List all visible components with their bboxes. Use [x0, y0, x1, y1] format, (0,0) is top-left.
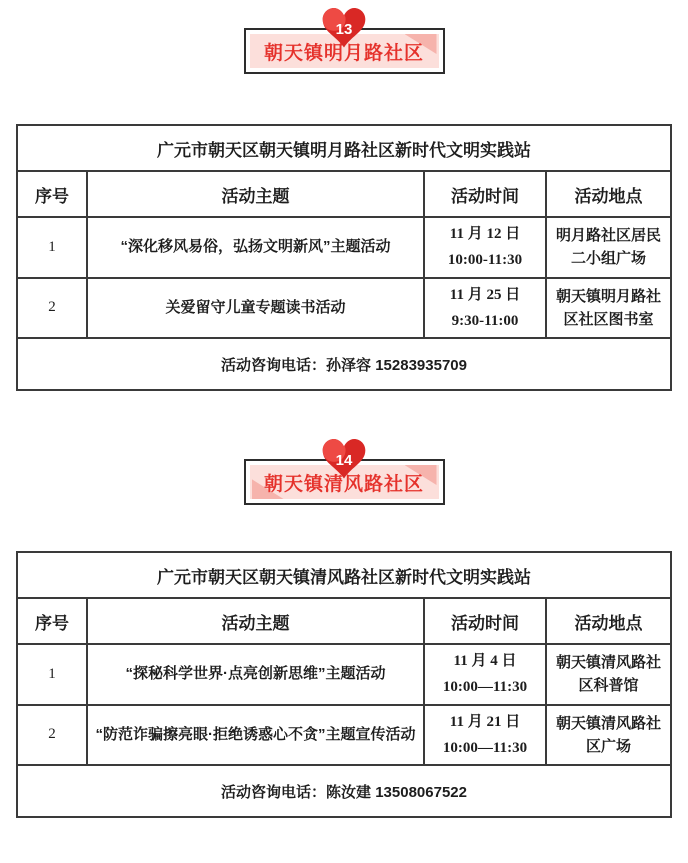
- header-location: 活动地点: [546, 171, 671, 217]
- row-time: 11 月 12 日 10:00-11:30: [424, 217, 546, 278]
- row-hours: 10:00—11:30: [429, 735, 541, 761]
- contact-phone: 活动咨询电话：陈汝建 13508067522: [17, 765, 671, 817]
- row-date: 11 月 12 日: [429, 221, 541, 247]
- table-title: 广元市朝天区朝天镇明月路社区新时代文明实践站: [17, 125, 671, 171]
- header-theme: 活动主题: [87, 171, 424, 217]
- schedule-table-qingfeng: 广元市朝天区朝天镇清风路社区新时代文明实践站 序号 活动主题 活动时间 活动地点…: [16, 551, 672, 818]
- row-theme: “防范诈骗擦亮眼·拒绝诱惑心不贪”主题宣传活动: [87, 705, 424, 766]
- community-badge-13: 13 朝天镇明月路社区: [244, 28, 445, 74]
- row-date: 11 月 21 日: [429, 709, 541, 735]
- row-theme: “探秘科学世界·点亮创新思维”主题活动: [87, 644, 424, 705]
- header-no: 序号: [17, 598, 87, 644]
- row-hours: 10:00—11:30: [429, 674, 541, 700]
- badge-number: 14: [322, 439, 366, 479]
- row-date: 11 月 25 日: [429, 282, 541, 308]
- contact-phone: 活动咨询电话：孙泽容 15283935709: [17, 338, 671, 390]
- row-time: 11 月 4 日 10:00—11:30: [424, 644, 546, 705]
- schedule-table-mingyue: 广元市朝天区朝天镇明月路社区新时代文明实践站 序号 活动主题 活动时间 活动地点…: [16, 124, 672, 391]
- table-footer-row: 活动咨询电话：陈汝建 13508067522: [17, 765, 671, 817]
- table-row: 1 “深化移风易俗，弘扬文明新风”主题活动 11 月 12 日 10:00-11…: [17, 217, 671, 278]
- table-row: 2 关爱留守儿童专题读书活动 11 月 25 日 9:30-11:00 朝天镇明…: [17, 278, 671, 339]
- table-footer-row: 活动咨询电话：孙泽容 15283935709: [17, 338, 671, 390]
- row-date: 11 月 4 日: [429, 648, 541, 674]
- row-hours: 9:30-11:00: [429, 308, 541, 334]
- header-time: 活动时间: [424, 598, 546, 644]
- header-time: 活动时间: [424, 171, 546, 217]
- table-header-row: 序号 活动主题 活动时间 活动地点: [17, 598, 671, 644]
- table-title-row: 广元市朝天区朝天镇清风路社区新时代文明实践站: [17, 552, 671, 598]
- heart-icon: 13: [322, 8, 366, 48]
- row-hours: 10:00-11:30: [429, 247, 541, 273]
- heart-icon: 14: [322, 439, 366, 479]
- row-theme: 关爱留守儿童专题读书活动: [87, 278, 424, 339]
- table-row: 2 “防范诈骗擦亮眼·拒绝诱惑心不贪”主题宣传活动 11 月 21 日 10:0…: [17, 705, 671, 766]
- row-location: 朝天镇清风路社区广场: [546, 705, 671, 766]
- row-location: 朝天镇清风路社区科普馆: [546, 644, 671, 705]
- header-location: 活动地点: [546, 598, 671, 644]
- table-title-row: 广元市朝天区朝天镇明月路社区新时代文明实践站: [17, 125, 671, 171]
- row-time: 11 月 25 日 9:30-11:00: [424, 278, 546, 339]
- row-time: 11 月 21 日 10:00—11:30: [424, 705, 546, 766]
- table-row: 1 “探秘科学世界·点亮创新思维”主题活动 11 月 4 日 10:00—11:…: [17, 644, 671, 705]
- table-title: 广元市朝天区朝天镇清风路社区新时代文明实践站: [17, 552, 671, 598]
- row-location: 朝天镇明月路社区社区图书室: [546, 278, 671, 339]
- header-no: 序号: [17, 171, 87, 217]
- row-no: 2: [17, 705, 87, 766]
- header-theme: 活动主题: [87, 598, 424, 644]
- table-header-row: 序号 活动主题 活动时间 活动地点: [17, 171, 671, 217]
- row-location: 明月路社区居民二小组广场: [546, 217, 671, 278]
- row-no: 1: [17, 644, 87, 705]
- badge-number: 13: [322, 8, 366, 48]
- row-no: 1: [17, 217, 87, 278]
- row-no: 2: [17, 278, 87, 339]
- row-theme: “深化移风易俗，弘扬文明新风”主题活动: [87, 217, 424, 278]
- community-badge-14: 14 朝天镇清风路社区: [244, 459, 445, 505]
